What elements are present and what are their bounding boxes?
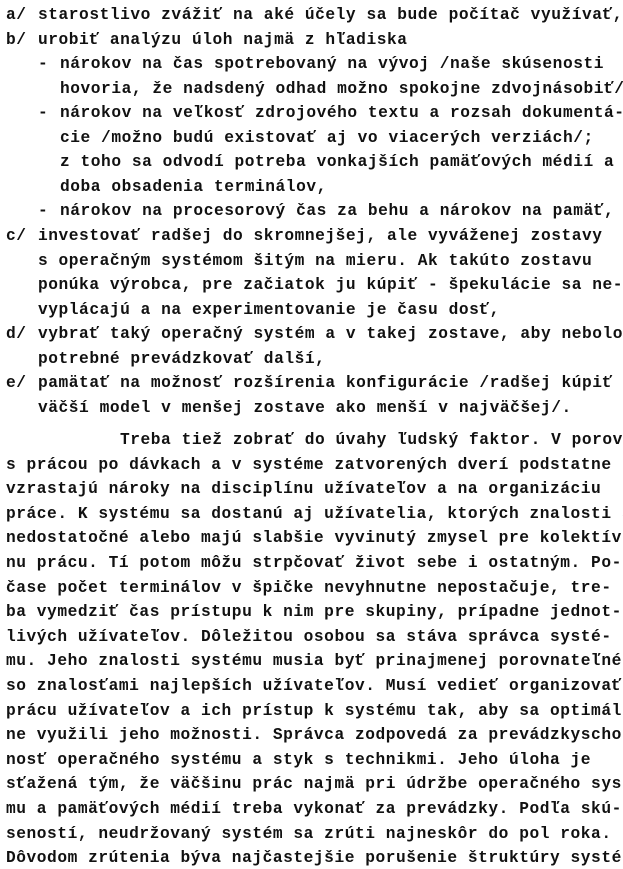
paragraph-line: vzrastajú nároky na disciplínu užívateľo… <box>6 479 601 499</box>
list-item-line: vybrať taký operačný systém a v takej zo… <box>38 324 623 344</box>
paragraph-line: sťažená tým, že väčšinu prác najmä pri ú… <box>6 774 623 794</box>
list-marker: d/ <box>6 324 27 344</box>
sub-list-item-line: nárokov na procesorový čas za behu a nár… <box>60 201 614 221</box>
paragraph-line: livých užívateľov. Dôležitou osobou sa s… <box>6 627 612 647</box>
paragraph-line: Dôvodom zrútenia býva najčastejšie poruš… <box>6 848 623 868</box>
list-item-line: potrebné prevádzkovať další, <box>38 349 325 369</box>
list-item-line: väčší model v menšej zostave ako menší v… <box>38 398 572 418</box>
list-marker: b/ <box>6 30 27 50</box>
paragraph-line: čase počet terminálov v špičke nevyhnutn… <box>6 578 612 598</box>
paragraph-line: nedostatočné alebo majú slabšie vyvinutý… <box>6 528 623 548</box>
paragraph-line: Treba tiež zobrať do úvahy ľudský faktor… <box>120 430 623 450</box>
sub-list-item-line: hovoria, že nadsdený odhad možno spokojn… <box>60 79 623 99</box>
list-item-line: investovať radšej do skromnejšej, ale vy… <box>38 226 603 246</box>
list-bullet-dash: - <box>38 103 48 123</box>
sub-list-item-line: cie /možno budú existovať aj vo viacerýc… <box>60 128 594 148</box>
paragraph-line: so znalosťami najlepších užívateľov. Mus… <box>6 676 622 696</box>
list-item-line: pamätať na možnosť rozšírenia konfigurác… <box>38 373 613 393</box>
paragraph-line: ba vymedziť čas prístupu k nim pre skupi… <box>6 602 622 622</box>
list-item-line: s operačným systémom šitým na mieru. Ak … <box>38 251 592 271</box>
paragraph-line: nosť operačného systému a styk s technik… <box>6 750 591 770</box>
paragraph-line: ne využili jeho možnosti. Správca zodpov… <box>6 725 623 745</box>
paragraph-line: mu. Jeho znalosti systému musia byť prin… <box>6 651 622 671</box>
sub-list-item-line: nárokov na veľkosť zdrojového textu a ro… <box>60 103 623 123</box>
paragraph-line: s prácou po dávkach a v systéme zatvoren… <box>6 455 612 475</box>
paragraph-line: mu a pamäťových médií treba vykonať za p… <box>6 799 622 819</box>
list-item-line: starostlivo zvážiť na aké účely sa bude … <box>38 5 623 25</box>
sub-list-item-line: z toho sa odvodí potreba vonkajších pamä… <box>60 152 614 172</box>
list-bullet-dash: - <box>38 201 48 221</box>
list-marker: a/ <box>6 5 27 25</box>
paragraph-line: nu prácu. Tí potom môžu strpčovať život … <box>6 553 622 573</box>
paragraph-line: práce. K systému sa dostanú aj užívateli… <box>6 504 623 524</box>
list-item-line: vyplácajú a na experimentovanie je času … <box>38 300 500 320</box>
paragraph-line: prácu užívateľov a ich prístup k systému… <box>6 701 623 721</box>
sub-list-item-line: nárokov na čas spotrebovaný na vývoj /na… <box>60 54 604 74</box>
list-marker: e/ <box>6 373 27 393</box>
list-item-line: ponúka výrobca, pre začiatok ju kúpiť - … <box>38 275 623 295</box>
list-item-line: urobiť analýzu úloh najmä z hľadiska <box>38 30 408 50</box>
list-bullet-dash: - <box>38 54 48 74</box>
sub-list-item-line: doba obsadenia terminálov, <box>60 177 327 197</box>
typewritten-page: a/starostlivo zvážiť na aké účely sa bud… <box>0 0 623 869</box>
paragraph-line: seností, neudržovaný systém sa zrúti naj… <box>6 824 612 844</box>
list-marker: c/ <box>6 226 27 246</box>
